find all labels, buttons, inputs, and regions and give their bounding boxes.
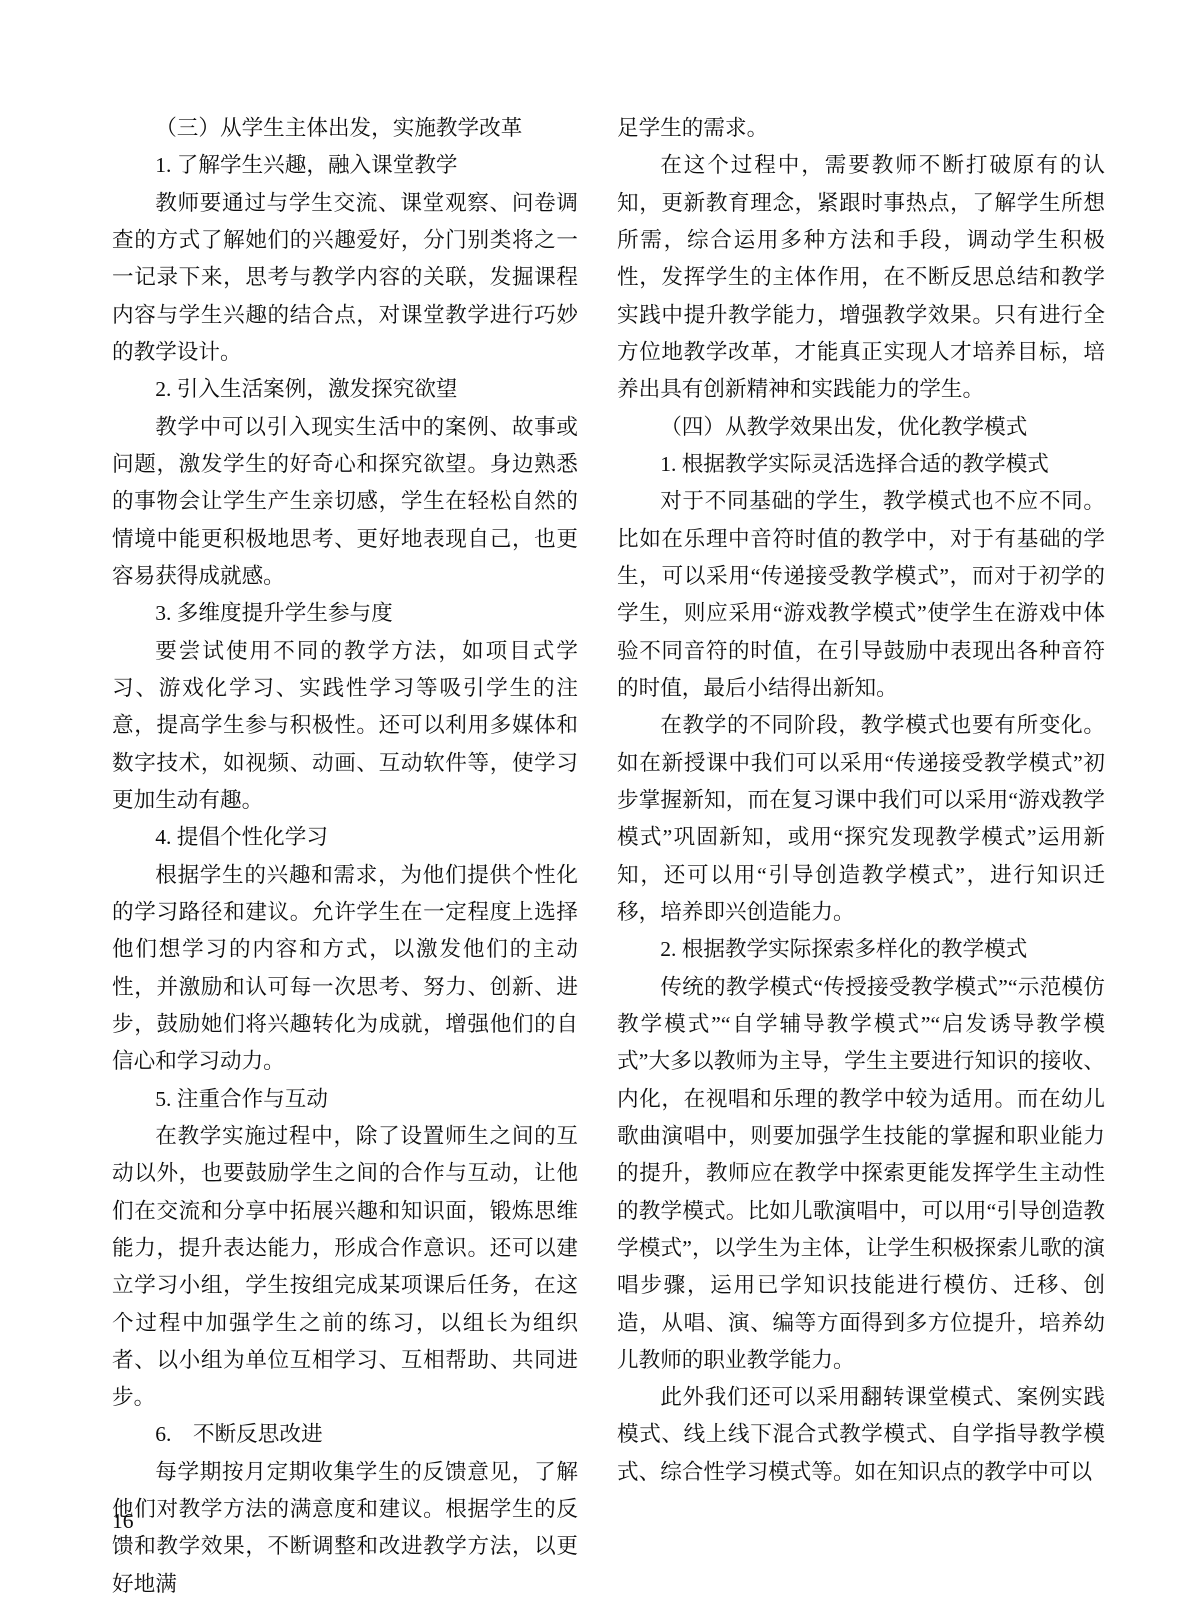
paragraph: 教师要通过与学生交流、课堂观察、问卷调查的方式了解她们的兴趣爱好，分门别类将之一… bbox=[112, 185, 578, 372]
section-heading: （三）从学生主体出发，实施教学改革 bbox=[112, 110, 578, 147]
subsection-heading: 4. 提倡个性化学习 bbox=[112, 819, 578, 856]
paragraph: 此外我们还可以采用翻转课堂模式、案例实践模式、线上线下混合式教学模式、自学指导教… bbox=[617, 1379, 1105, 1491]
subsection-heading: 2. 引入生活案例，激发探究欲望 bbox=[112, 371, 578, 408]
paragraph: 在教学实施过程中，除了设置师生之间的互动以外，也要鼓励学生之间的合作与互动，让他… bbox=[112, 1118, 578, 1417]
paragraph: 根据学生的兴趣和需求，为他们提供个性化的学习路径和建议。允许学生在一定程度上选择… bbox=[112, 857, 578, 1081]
right-column: 足学生的需求。 在这个过程中，需要教师不断打破原有的认知，更新教育理念，紧跟时事… bbox=[617, 110, 1105, 1491]
document-page: （三）从学生主体出发，实施教学改革 1. 了解学生兴趣，融入课堂教学 教师要通过… bbox=[0, 0, 1191, 1616]
paragraph-continuation: 足学生的需求。 bbox=[617, 110, 1105, 147]
paragraph: 教学中可以引入现实生活中的案例、故事或问题，激发学生的好奇心和探究欲望。身边熟悉… bbox=[112, 409, 578, 596]
paragraph: 对于不同基础的学生，教学模式也不应不同。比如在乐理中音符时值的教学中，对于有基础… bbox=[617, 483, 1105, 707]
left-column: （三）从学生主体出发，实施教学改革 1. 了解学生兴趣，融入课堂教学 教师要通过… bbox=[112, 110, 578, 1603]
paragraph: 在教学的不同阶段，教学模式也要有所变化。如在新授课中我们可以采用“传递接受教学模… bbox=[617, 707, 1105, 931]
page-number: 16 bbox=[112, 1503, 134, 1540]
subsection-heading: 2. 根据教学实际探索多样化的教学模式 bbox=[617, 931, 1105, 968]
subsection-heading: 5. 注重合作与互动 bbox=[112, 1081, 578, 1118]
paragraph: 每学期按月定期收集学生的反馈意见，了解他们对教学方法的满意度和建议。根据学生的反… bbox=[112, 1454, 578, 1603]
paragraph: 传统的教学模式“传授接受教学模式”“示范模仿教学模式”“自学辅导教学模式”“启发… bbox=[617, 969, 1105, 1380]
subsection-heading: 1. 了解学生兴趣，融入课堂教学 bbox=[112, 147, 578, 184]
section-heading: （四）从教学效果出发，优化教学模式 bbox=[617, 409, 1105, 446]
paragraph: 在这个过程中，需要教师不断打破原有的认知，更新教育理念，紧跟时事热点，了解学生所… bbox=[617, 147, 1105, 408]
subsection-heading: 3. 多维度提升学生参与度 bbox=[112, 595, 578, 632]
subsection-heading: 1. 根据教学实际灵活选择合适的教学模式 bbox=[617, 446, 1105, 483]
subsection-heading: 6. 不断反思改进 bbox=[112, 1416, 578, 1453]
paragraph: 要尝试使用不同的教学方法，如项目式学习、游戏化学习、实践性学习等吸引学生的注意，… bbox=[112, 633, 578, 820]
